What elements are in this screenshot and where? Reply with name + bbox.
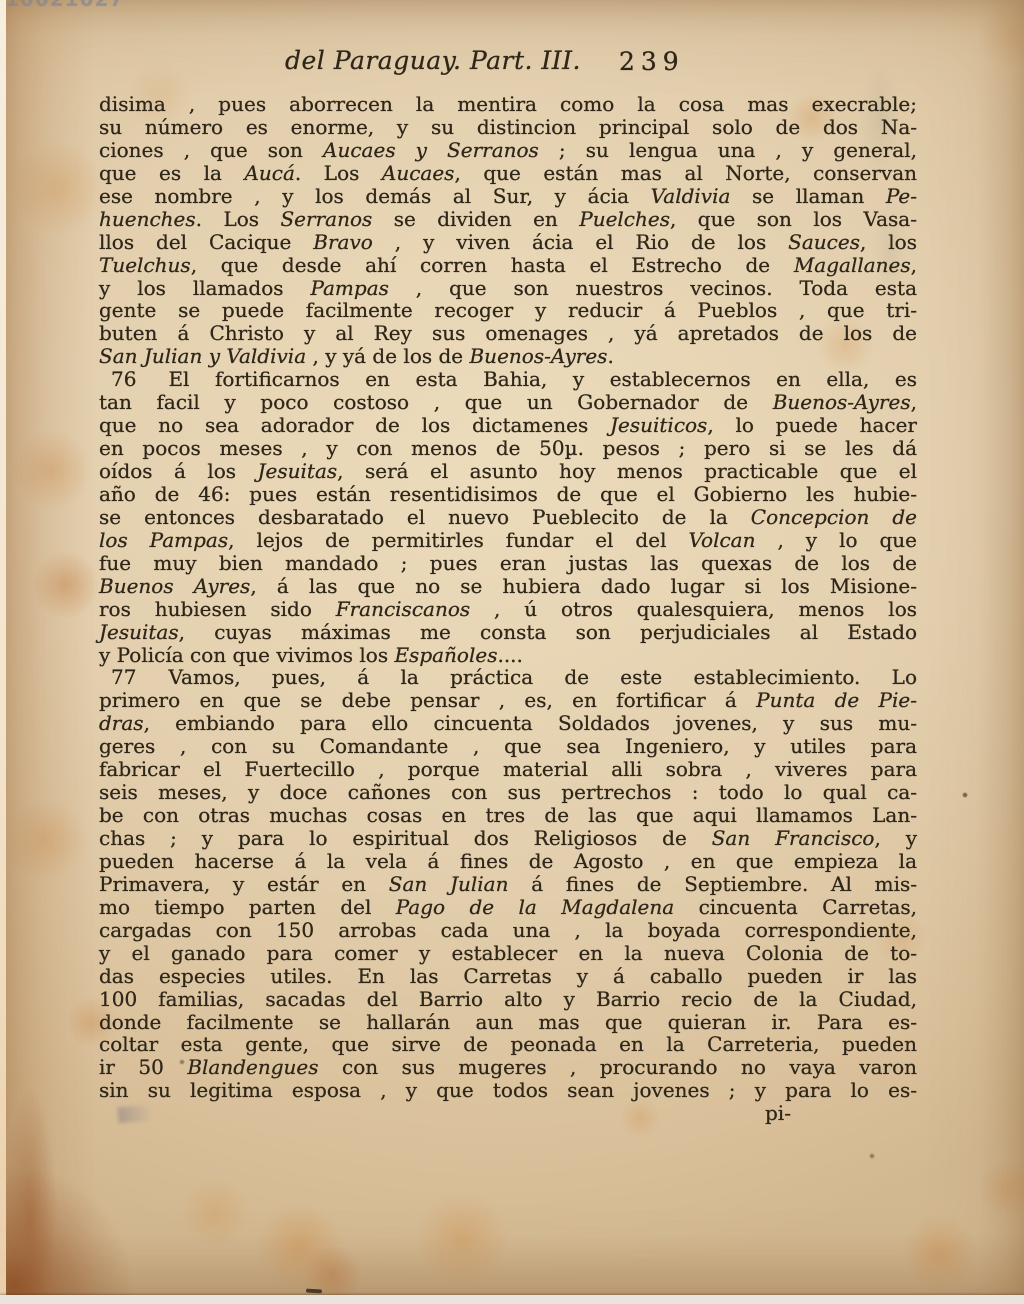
scanned-book-page: 10021027 del Paraguay. Part. III. 239 di… [0,0,1024,1304]
page-left-edge [0,0,6,1304]
page-vignette [0,0,1024,1304]
scan-bottom-edge [0,1295,1024,1304]
